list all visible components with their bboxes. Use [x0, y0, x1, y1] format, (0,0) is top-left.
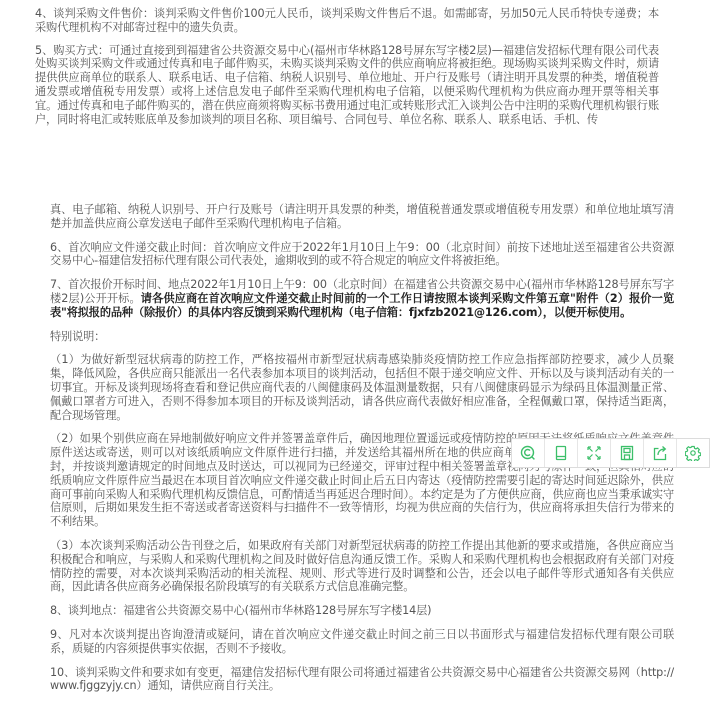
paragraph-7-opening: 7、首次报价开标时间、地点2022年1月10日上午9：00（北京时间）在福建省公… [50, 278, 674, 319]
paragraph-8-location: 8、谈判地点：福建省公共资源交易中心(福州市华林路128号屏东写字楼14层) [50, 604, 674, 618]
special-note-1: （1）为做好新型冠状病毒的防控工作，严格按福州市新型冠状病毒感染肺炎疫情防控工作… [50, 353, 674, 422]
save-icon [619, 445, 635, 461]
settings-button[interactable] [677, 439, 709, 467]
fullscreen-button[interactable] [578, 439, 611, 467]
paragraph-9-inquiries: 9、凡对本次谈判提出咨询澄清或疑问，请在首次响应文件递交截止时间之前三日以书面形… [50, 628, 674, 656]
settings-gear-icon [685, 445, 701, 461]
document-section-top: 4、谈判采购文件售价：谈判采购文件售价100元人民币，谈判采购文件售后不退。如需… [35, 7, 659, 136]
paragraph-5-continued: 真、电子邮箱、纳税人识别号、开户行及账号（请注明开具发票的种类，增值税普通发票或… [50, 203, 674, 231]
save-button[interactable] [611, 439, 644, 467]
share-icon [652, 445, 668, 461]
mobile-view-button[interactable] [545, 439, 578, 467]
paragraph-4-price: 4、谈判采购文件售价：谈判采购文件售价100元人民币，谈判采购文件售后不退。如需… [35, 7, 659, 35]
paragraph-5-purchase-method: 5、购买方式：可通过直接到到福建省公共资源交易中心(福州市华林路128号屏东写字… [35, 44, 659, 127]
tablet-icon [553, 445, 569, 461]
copyright-search-button[interactable] [512, 439, 545, 467]
paragraph-6-deadline: 6、首次响应文件递交截止时间：首次响应文件应于2022年1月10日上午9：00（… [50, 241, 674, 269]
special-note-3: （3）本次谈判采购活动公告刊登之后，如果政府有关部门对新型冠状病毒的防控工作提出… [50, 539, 674, 594]
share-button[interactable] [644, 439, 677, 467]
paragraph-10-changes: 10、谈判采购文件和要求如有变更，福建信发招标代理有限公司将通过福建省公共资源交… [50, 666, 674, 694]
paragraph-7-bold-notice: 请各供应商在首次响应文件递交截止时间前的一个工作日请按照本谈判采购文件第五章"附… [50, 292, 674, 319]
special-notes-title: 特别说明： [50, 330, 674, 344]
floating-toolbar [511, 438, 710, 468]
copyright-search-icon [520, 445, 536, 461]
fullscreen-icon [586, 445, 602, 461]
